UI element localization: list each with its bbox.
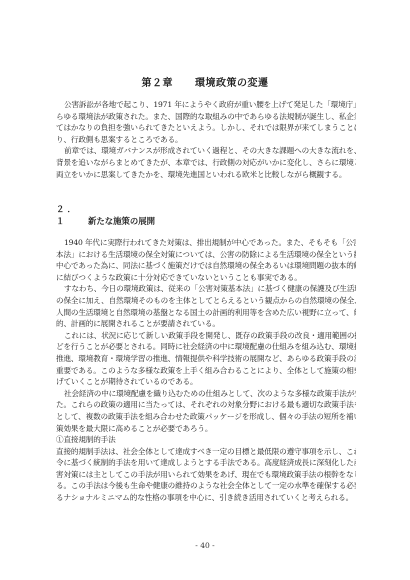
text-line: 中心であった為に、同法に基づく施策だけでは自然環境の保全あるいは環境問題の抜本的… <box>56 260 356 272</box>
text-line: 人間の生活環境と自然環境の基盤となる国土の計画的利用等を含めた広い視野に立って、… <box>56 307 356 319</box>
text-line: 直接的規制手法は、社会全体として達成すべき一定の目標と最低限の遵守事項を示し、こ… <box>56 446 356 458</box>
text-line: 害対策には主としてこの手法が用いられて効果をあげ、現在でも環境政策手法の根幹をな… <box>56 469 356 481</box>
section-number: ２．１ <box>56 203 88 227</box>
text-line: 的、計画的に展開されることが要請されている。 <box>56 318 356 330</box>
text-line: 令に基づく統制的手法を用いて達成しようとする手法である。高度経済成長に深刻化した… <box>56 457 356 469</box>
chapter-number: 第２章 <box>142 78 174 89</box>
document-page: 第２章環境政策の変遷 公害訴訟が各地で起こり、1971 年にようやく政府が重い腰… <box>0 0 410 580</box>
subsection-label: ①直接規制的手法 <box>56 434 356 446</box>
text-line: 重要である。このような多様な政策を上手く組み合わることにより、全体として施策の相… <box>56 365 356 377</box>
text-line: げていくことが期待されているのである。 <box>56 376 356 388</box>
text-line: 策効果を最大限に高めることが必要であろう。 <box>56 423 356 435</box>
text-line: る。この手法は今後も生命や健康の維持のような社会全体として一定の水準を確保する必… <box>56 480 356 492</box>
page-number: - 40 - <box>0 541 410 550</box>
text-line: に結びつくような政策に十分対応できていないということも事実である。 <box>56 272 356 284</box>
text-line: 本法」における生活環境の保全対策については、公害の防除による生活環境の保全という… <box>56 249 356 261</box>
chapter-name: 環境政策の変遷 <box>195 78 269 89</box>
section-heading: ２．１新たな施策の展開 <box>56 203 155 227</box>
text-line: 1940 年代に実際行われてきた対策は、排出規制が中心であった。また、そもそも「… <box>56 237 356 249</box>
text-line: どを行うことが必要とされる。同時に社会経済の中に環境配慮の仕組みを組み込む、環境… <box>56 341 356 353</box>
text-line: り、行政側も思案するところである。 <box>56 134 356 146</box>
text-line: てはかなりの負担を強いられてきたといえよう。しかし、それでは限界が来てしまうこと… <box>56 122 356 134</box>
text-line: 前章では、環境ガバナンスが形成されていく過程と、その大きな課題への大きな流れを、… <box>56 145 356 157</box>
text-line: るナショナルミニマム的な性格の事項を中心に、引き続き活用されていくと考えられる。 <box>56 492 356 504</box>
text-line: 背景を追いながらまとめてきたが、本章では、行政側の対応がいかに変化し、さらに環境… <box>56 157 356 169</box>
section-title: 新たな施策の展開 <box>88 216 155 226</box>
intro-text: 公害訴訟が各地で起こり、1971 年にようやく政府が重い腰を上げて発足した「環境… <box>56 99 356 180</box>
chapter-title: 第２章環境政策の変遷 <box>0 74 410 89</box>
text-line: すなわち、今日の環境政策は、従来の「公害対策基本法」に基づく健康の保護及び生活環… <box>56 283 356 295</box>
text-line: 公害訴訟が各地で起こり、1971 年にようやく政府が重い腰を上げて発足した「環境… <box>56 99 356 111</box>
text-line: 推進、環境教育・環境学習の推進、情報提供や科学技術の展開など、あらゆる政策手段の… <box>56 353 356 365</box>
text-line: た。これらの政策の適用に当たっては、それぞれの対象分野における最も適切な政策手法… <box>56 399 356 411</box>
text-line: これには、状況に応じて新しい政策手段を開発し、既存の政策手段の改良・適用範囲の拡… <box>56 330 356 342</box>
text-line: らゆる環境法が政策された。また、国際的な取組みの中であらゆる法規制が誕生し、私企… <box>56 111 356 123</box>
text-line: 両立をいかに思案してきたかを、環境先進国といわれる欧米と比較しながら概観する。 <box>56 169 356 181</box>
section-text: 1940 年代に実際行われてきた対策は、排出規制が中心であった。また、そもそも「… <box>56 237 356 504</box>
text-line: の保全に加え、自然環境そのものを主体としてとらえるという観点からの自然環境の保全… <box>56 295 356 307</box>
text-line: 社会経済の中に環境配慮を織り込むための仕組みとして、次のような多様な政策手法が生… <box>56 388 356 400</box>
text-line: として、複数の政策手法を組み合わせた政策パッケージを形成し、個々の手法の短所を補… <box>56 411 356 423</box>
